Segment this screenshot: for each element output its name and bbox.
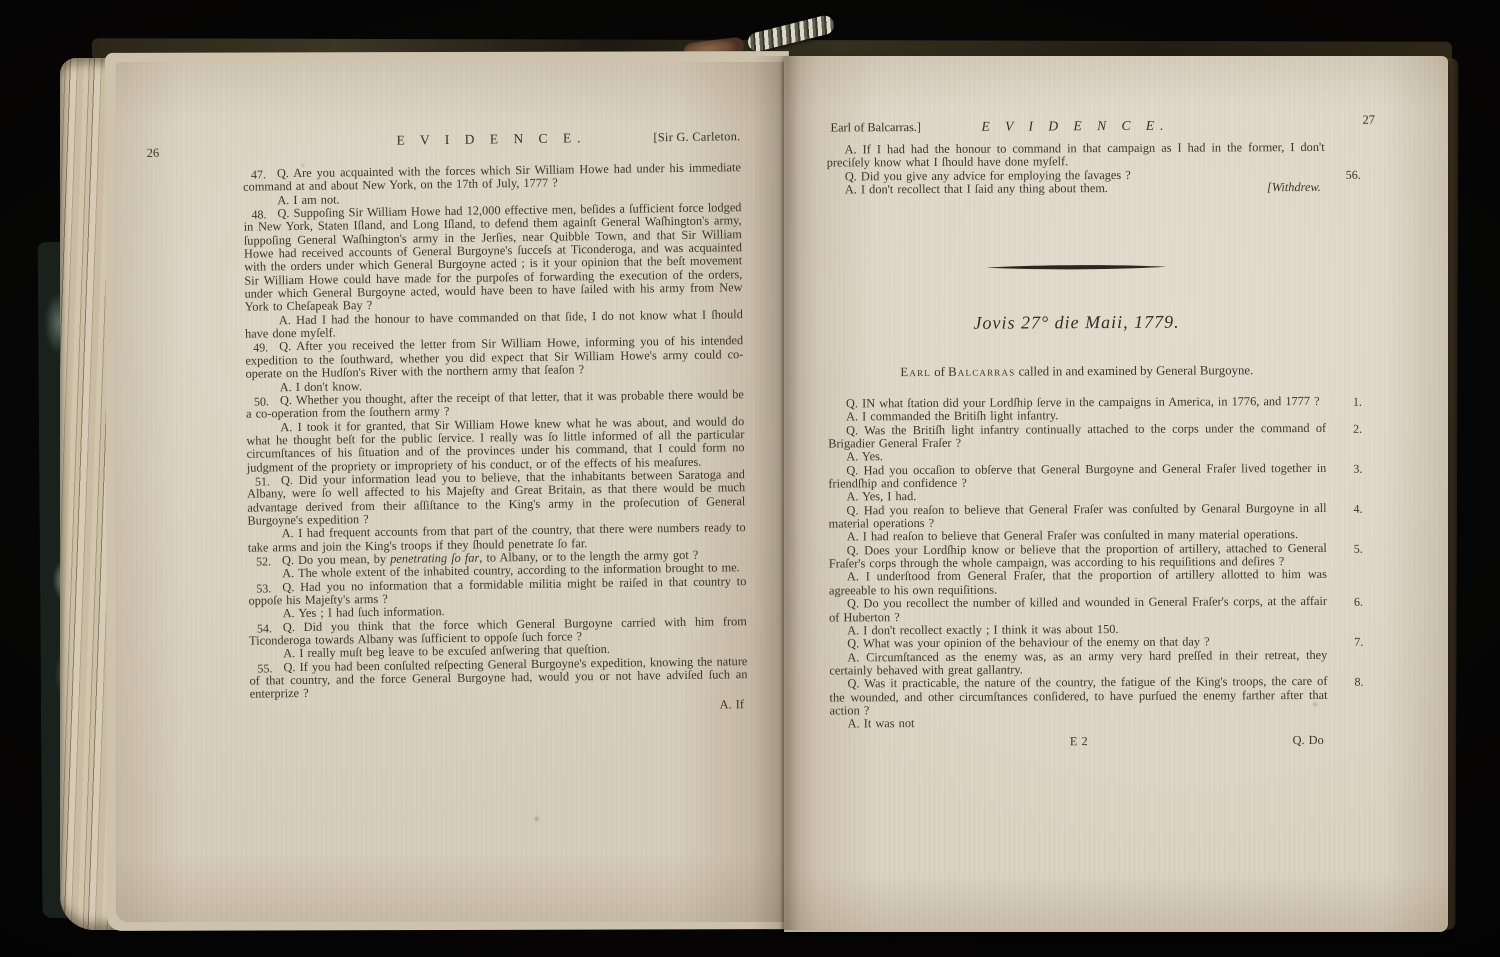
question-margin-number: 1. (1335, 396, 1362, 409)
running-head-witness: [Sir G. Carleton. (653, 129, 740, 145)
right-running-head: Earl of Balcarras.] E V I D E N C E. (826, 117, 1324, 136)
question-margin-number: 51. (221, 475, 270, 489)
question-paragraph: Q. Had you occaſion to obſerve that Gene… (828, 462, 1326, 491)
question-margin-number: 56. (1328, 168, 1361, 182)
question-margin-number: 47. (217, 168, 266, 182)
question-margin-number: 4. (1336, 502, 1363, 515)
question-paragraph: Q. Suppoſing Sir William Howe had 12,000… (243, 201, 742, 314)
answer-paragraph: A. Circumſtanced as the enemy was, as an… (829, 648, 1327, 677)
question-paragraph: Q. Does your Lordſhip know or believe th… (829, 542, 1327, 571)
carryover-text-block: A. If I had had the honour to command in… (827, 141, 1325, 197)
question-margin-number: 5. (1336, 542, 1363, 555)
left-page-text-block: Q. Are you acquainted with the forces wh… (243, 161, 748, 718)
catchword: A. If (250, 698, 748, 718)
question-paragraph: Q. Was it practicable, the nature of the… (829, 675, 1327, 718)
signature-row: E 2Q. Do (830, 733, 1328, 749)
answer-paragraph: A. It was not (830, 715, 1328, 731)
question-margin-number: 3. (1335, 462, 1362, 475)
session-heading-text: of (931, 365, 948, 379)
question-margin-number: 7. (1336, 636, 1363, 649)
answer-paragraph: [Withdrew.A. I don't recollect that I ſa… (827, 181, 1325, 197)
withdrew-note: [Withdrew. (1249, 181, 1321, 195)
session-heading: Earl of Balcarras called in and examined… (828, 363, 1326, 381)
question-paragraph: Q. Was the Britiſh light infantry contin… (828, 422, 1326, 451)
question-paragraph: Q. After you received the letter from Si… (245, 335, 743, 382)
right-page-text-block: Q. IN what ſtation did your Lordſhip ſer… (828, 395, 1328, 750)
question-margin-number: 55. (223, 662, 272, 676)
answer-paragraph: A. I underſtood from General Fraſer, tha… (829, 568, 1327, 597)
catchword: Q. Do (1293, 734, 1324, 748)
session-date-heading: Jovis 27° die Maii, 1779. (828, 311, 1326, 335)
session-heading-rest: called in and examined by General Burgoy… (1015, 363, 1253, 378)
question-paragraph: Q. Did your information lead you to beli… (247, 468, 746, 528)
question-margin-number: 6. (1336, 596, 1363, 609)
question-margin-number: 49. (219, 342, 268, 356)
left-running-head: E V I D E N C E. [Sir G. Carleton. (242, 128, 740, 151)
right-page: Earl of Balcarras.] E V I D E N C E. 27 … (784, 56, 1448, 932)
question-margin-number: 53. (222, 582, 271, 596)
question-margin-number: 8. (1336, 676, 1363, 689)
answer-paragraph: A. I took it for granted, that Sir Willi… (246, 415, 745, 475)
running-head-witness: Earl of Balcarras.] (830, 120, 921, 135)
left-page-number: 26 (147, 146, 160, 161)
swelled-rule-ornament (827, 257, 1325, 278)
left-page: 26 E V I D E N C E. [Sir G. Carleton. Q.… (116, 62, 784, 922)
question-paragraph: Q. If you had been conſulted reſpecting … (249, 655, 747, 702)
question-margin-number: 50. (220, 395, 269, 409)
right-page-number: 27 (1362, 113, 1375, 128)
question-margin-number: 2. (1335, 422, 1362, 435)
witness-name-lead: Earl (900, 365, 931, 379)
question-paragraph: Q. Do you recollect the number of killed… (829, 595, 1327, 624)
photograph-of-open-book: { "scene": { "background_color": "#05040… (0, 0, 1500, 957)
question-margin-number: 54. (223, 622, 272, 636)
question-margin-number: 48. (217, 208, 266, 222)
witness-name: Balcarras (948, 365, 1015, 379)
signature-mark: E 2 (1070, 734, 1088, 748)
question-paragraph: Q. Had you reaſon to believe that Genera… (829, 502, 1327, 531)
answer-paragraph: A. If I had had the honour to command in… (827, 141, 1325, 170)
